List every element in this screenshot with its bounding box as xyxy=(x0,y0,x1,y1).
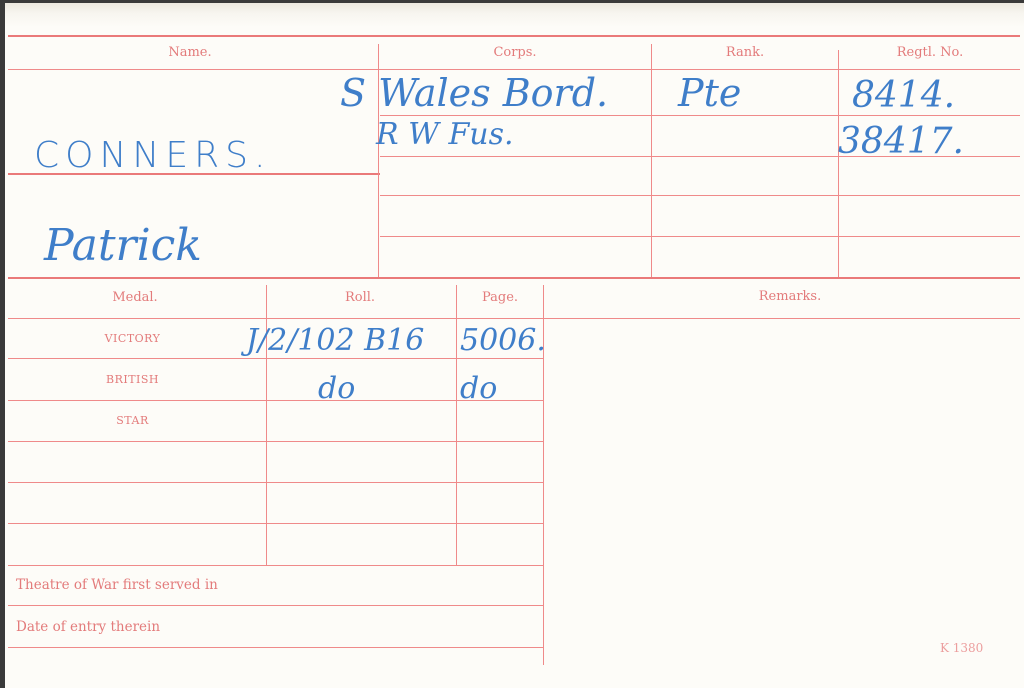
medal-label-star: Star xyxy=(80,414,185,427)
header-medal: Medal. xyxy=(85,290,185,305)
rule-row-1 xyxy=(8,358,543,359)
header-regtl-no: Regtl. No. xyxy=(880,45,980,60)
header-page: Page. xyxy=(460,290,540,305)
medal-index-card: Name. Corps. Rank. Regtl. No. Medal. Rol… xyxy=(0,0,1024,688)
rule-section-divider xyxy=(8,277,1020,279)
rule-top xyxy=(8,35,1020,37)
rule-right-4 xyxy=(380,236,1020,237)
rule-row-8 xyxy=(8,647,543,648)
entry-regtl-no-1: 8414. xyxy=(852,78,955,114)
rule-medal-header xyxy=(8,318,1020,319)
header-remarks: Remarks. xyxy=(740,289,840,304)
medal-label-british: British xyxy=(80,373,185,386)
label-theatre-of-war: Theatre of War first served in xyxy=(16,577,218,593)
header-name: Name. xyxy=(140,45,240,60)
header-rank: Rank. xyxy=(700,45,790,60)
label-date-of-entry: Date of entry therein xyxy=(16,619,160,635)
col-line-rank xyxy=(651,44,652,277)
col-line-page xyxy=(456,285,457,565)
entry-corps-1: S Wales Bord. xyxy=(340,74,608,112)
rule-row-6 xyxy=(8,565,543,566)
medal-label-victory: Victory xyxy=(80,332,185,345)
rule-right-3 xyxy=(380,195,1020,196)
entry-regtl-no-2: 38417. xyxy=(838,124,964,160)
entry-forename: Patrick xyxy=(44,224,202,268)
header-roll: Roll. xyxy=(320,290,400,305)
rule-header-under xyxy=(8,69,1020,70)
form-code: K 1380 xyxy=(940,641,983,655)
entry-rank: Pte xyxy=(678,74,741,112)
entry-surname: CONNERS. xyxy=(34,138,271,174)
entry-victory-page: 5006. xyxy=(460,326,546,356)
rule-row-7 xyxy=(8,605,543,606)
header-corps: Corps. xyxy=(470,45,560,60)
entry-victory-roll: J/2/102 B16 xyxy=(246,326,424,356)
rule-row-3 xyxy=(8,441,543,442)
entry-corps-2: R W Fus. xyxy=(376,120,514,150)
entry-british-page: do xyxy=(460,374,497,404)
rule-row-4 xyxy=(8,482,543,483)
entry-british-roll: do xyxy=(318,374,355,404)
rule-row-5 xyxy=(8,523,543,524)
col-line-regtl xyxy=(838,50,839,277)
